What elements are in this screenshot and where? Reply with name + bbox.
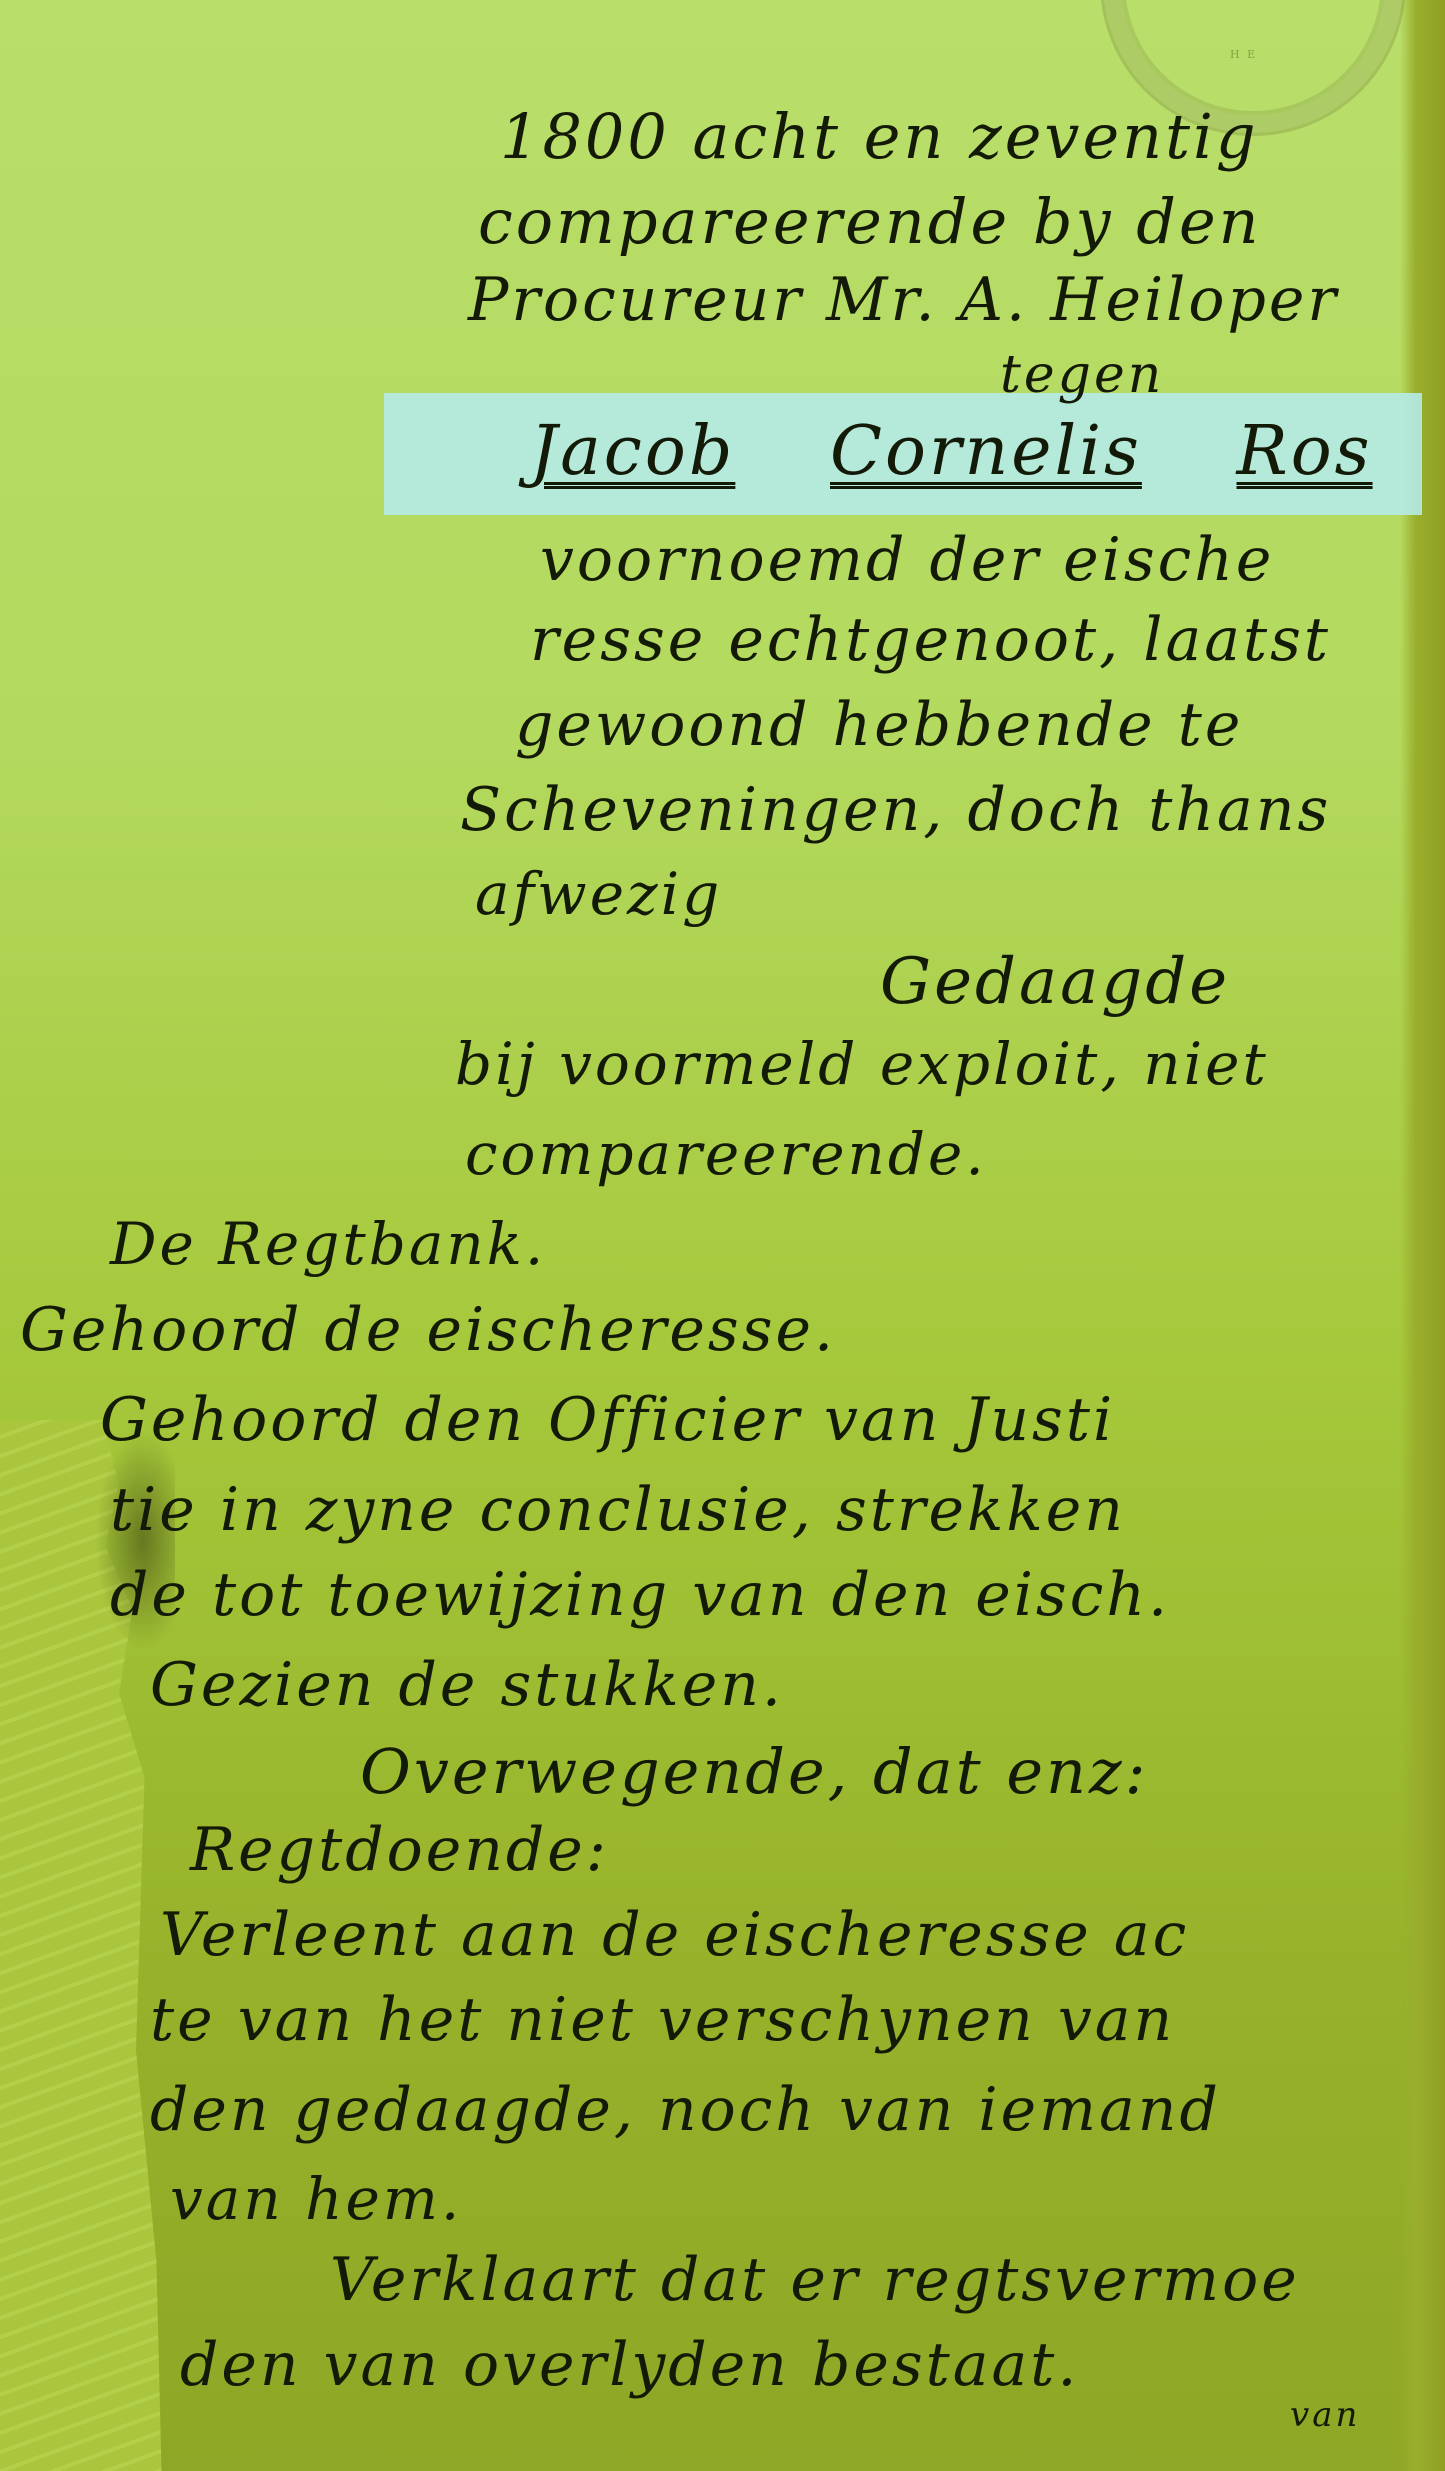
text-line-21: Verleent aan de eischeresse ac <box>160 1900 1189 1970</box>
text-line-20: Regtdoende: <box>190 1815 609 1885</box>
stamp-text: H E <box>1230 48 1257 61</box>
text-line-2: compareerende by den <box>478 185 1262 258</box>
sheet-right-edge <box>1400 0 1445 2471</box>
text-line-5: voornoemd der eische <box>540 525 1274 595</box>
text-line-4: tegen <box>1000 345 1164 405</box>
text-line-6: resse echtgenoot, laatst <box>530 605 1331 675</box>
text-line-22: te van het niet verschynen van <box>150 1985 1175 2055</box>
text-line-19: Overwegende, dat enz: <box>360 1735 1149 1808</box>
text-line-18: Gezien de stukken. <box>150 1650 784 1720</box>
text-line-24: van hem. <box>170 2165 462 2233</box>
name-last: Ros <box>1237 412 1373 491</box>
text-line-10: Gedaagde <box>880 945 1230 1019</box>
text-line-26: den van overlyden bestaat. <box>180 2330 1079 2400</box>
text-line-7: gewoond hebbende te <box>515 690 1243 760</box>
text-line-25: Verklaart dat er regtsvermoe <box>330 2245 1300 2315</box>
document-page: H E 1800 acht en zeventig compareerende … <box>0 0 1445 2471</box>
name-middle: Cornelis <box>830 412 1142 491</box>
court-heading: De Regtbank. <box>110 1210 546 1278</box>
text-line-8: Scheveningen, doch thans <box>460 775 1331 845</box>
text-line-3: Procureur Mr. A. Heiloper <box>468 265 1339 335</box>
text-line-9: afwezig <box>475 860 722 928</box>
text-line-17: de tot toewijzing van den eisch. <box>110 1560 1170 1630</box>
text-line-1: 1800 acht en zeventig <box>500 100 1259 173</box>
text-line-16: tie in zyne conclusie, strekken <box>110 1475 1126 1545</box>
text-line-12: compareerende. <box>465 1120 987 1188</box>
text-line-23: den gedaagde, noch van iemand <box>150 2075 1221 2145</box>
defendant-name: Jacob Cornelis Ros <box>530 412 1443 491</box>
catchword: van <box>1290 2395 1360 2435</box>
name-first: Jacob <box>530 412 735 491</box>
text-line-11: bij voormeld exploit, niet <box>455 1030 1269 1098</box>
text-line-15: Gehoord den Officier van Justi <box>100 1385 1115 1455</box>
text-line-14: Gehoord de eischeresse. <box>20 1295 836 1365</box>
